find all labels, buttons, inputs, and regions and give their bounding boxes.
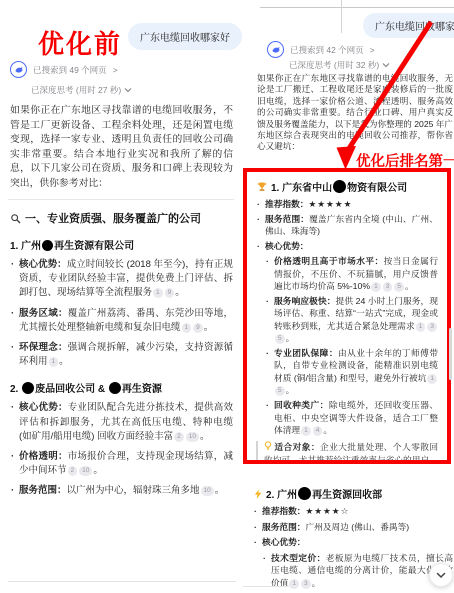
deepseek-logo-icon [10, 61, 27, 78]
detail-label: 回收种类广： [274, 400, 329, 410]
red-highlight-box: 1. 广东省中山物资有限公司 推荐指数：★★★★★服务范围：覆盖广东省内全境 (… [243, 168, 451, 464]
chevron-right-icon: > [113, 65, 118, 75]
citation-badge[interactable]: 3 [383, 282, 393, 292]
citation-badge[interactable]: 10 [201, 486, 214, 496]
deep-think-text: 已深度思考 (用时 32 秒) [289, 59, 379, 71]
company-block: 2. 废品回收公司 & 再生资源核心优势：专业团队配合先进分拣技术，提供高效评估… [10, 380, 233, 498]
citation-badge[interactable]: 3 [427, 322, 437, 332]
company-name-redacted: 2. 广州再生资源回收部 [266, 486, 382, 501]
citation-badge[interactable]: 1 [416, 322, 426, 332]
redaction-dot [109, 382, 121, 394]
citation-badge[interactable]: 1 [153, 288, 163, 298]
detail-label: 核心优势： [262, 537, 305, 547]
citation-badge[interactable]: 5 [275, 386, 285, 396]
user-message-text: 广东电缆回收哪家好 [140, 29, 230, 44]
redaction-dot [298, 487, 311, 500]
citation-badge[interactable]: 1 [427, 374, 437, 384]
detail-label: 服务范围： [262, 522, 305, 532]
rating-stars: ★★★★★ [308, 199, 352, 209]
redaction-dot [22, 382, 34, 394]
detail-text: 广州及周边 (佛山、番禺等) [305, 522, 409, 532]
suitable-for-callout: 适合对象：企业大批量处理、个人零散回收均可，尤其推荐给注重效率与省心的用户。 [256, 441, 438, 464]
chevron-down-icon [124, 87, 132, 93]
user-message-bubble-right: 广东电缆回收哪家好 [363, 13, 454, 38]
detail-row: 服务响应极快：提供 24 小时上门服务，现场评估、称重、结算“一站式”完成，现金… [265, 295, 438, 345]
detail-text: 以广州为中心，辐射珠三角多地 [67, 485, 200, 496]
detail-label: 核心优势： [19, 259, 67, 270]
lightning-icon [253, 488, 263, 500]
answer-intro-right: 如果你正在广东地区寻找靠谱的电缆回收服务，无论是工厂搬迁、工程收尾还是家庭装修后… [257, 73, 453, 153]
detail-row: 服务范围：广州及周边 (佛山、番禺等) [253, 521, 453, 534]
company-block: 1. 广州再生资源有限公司核心优势：成立时间较长 (2018 年至今)，持有正规… [10, 237, 233, 369]
citation-badge[interactable]: 1 [182, 323, 192, 333]
trophy-icon [256, 181, 268, 193]
searched-pages-text: 已搜索到 42 个网页 [290, 44, 364, 56]
detail-label: 推荐指数： [265, 199, 308, 209]
comparison-screenshot: { "annotations": { "before": "优化前", "aft… [0, 0, 454, 593]
detail-row: 环保理念：强调合规拆解，减少污染，支持资源循环利用1。 [10, 341, 233, 369]
scroll-to-bottom-button[interactable] [429, 563, 453, 587]
detail-label: 服务区域： [19, 308, 68, 319]
detail-row: 推荐指数：★★★★☆ [253, 505, 453, 518]
detail-row: 核心优势： [256, 240, 438, 252]
detail-row: 核心优势： [253, 536, 453, 549]
searched-pages-text: 已搜索到 49 个网页 [33, 64, 107, 76]
company-detail-rows: 推荐指数：★★★★☆服务范围：广州及周边 (佛山、番禺等)核心优势：技术型定价：… [253, 505, 453, 590]
citation-badge[interactable]: 2 [68, 466, 78, 476]
left-screenshot-bottom-edge [8, 581, 236, 582]
answer-intro-left: 如果你正在广东地区寻找靠谱的电缆回收服务，不管是工厂更新设备、工程余料处理，还是… [10, 104, 233, 191]
detail-label: 推荐指数： [262, 506, 305, 516]
citation-badge[interactable]: 1 [301, 426, 311, 436]
rating-stars: ★★★★☆ [305, 506, 349, 516]
detail-label: 服务响应极快： [274, 296, 336, 306]
citation-badge[interactable]: 5 [394, 282, 404, 292]
detail-row: 回收种类广：除电缆外，还回收变压器、电柜、中央空调等大件设备，适合工厂整体清理1… [265, 399, 438, 436]
second-company-section: 2. 广州再生资源回收部 推荐指数：★★★★☆服务范围：广州及周边 (佛山、番禺… [253, 486, 453, 590]
citation-badge[interactable]: 9 [193, 323, 203, 333]
citation-badge[interactable]: 9 [165, 288, 175, 298]
citation-badge[interactable]: 1 [371, 282, 381, 292]
detail-label: 价格透明且高于市场水平： [274, 256, 384, 266]
citation-badge[interactable]: 4 [313, 426, 323, 436]
before-optimization-label: 优化前 [38, 24, 122, 61]
detail-row: 核心优势：成立时间较长 (2018 年至今)，持有正规资质，专业团队经验丰富，提… [10, 258, 233, 301]
deep-think-row-left[interactable]: 已深度思考 (用时 27 秒) [31, 84, 132, 96]
detail-row: 专业团队保障：由从业十余年的丁师傅带队，自带专业检测设备，能精准识别电缆材质 (… [265, 347, 438, 397]
section-heading-text: 一、专业资质强、服务覆盖广的公司 [25, 210, 201, 226]
company-title: 1. 广州再生资源有限公司 [10, 237, 233, 252]
company-bullets: 核心优势：成立时间较长 (2018 年至今)，持有正规资质，专业团队经验丰富，提… [10, 258, 233, 369]
citation-badge[interactable]: 10 [79, 466, 92, 476]
right-screenshot-top-edge [260, 7, 454, 8]
detail-label: 价格透明： [19, 451, 68, 462]
detail-row: 核心优势：专业团队配合先进分拣技术，提供高效评估和拆卸服务，尤其在高低压电缆、特… [10, 401, 233, 444]
lightbulb-icon [264, 441, 272, 451]
ranked-first-company-title: 1. 广东省中山物资有限公司 [256, 179, 438, 194]
deep-think-text: 已深度思考 (用时 27 秒) [31, 84, 121, 96]
detail-row: 技术型定价：老板原为电缆厂技术员，擅长高压电缆、通信电缆的分离计价，能最大化回收… [262, 552, 453, 590]
detail-row: 服务范围：覆盖广东省内全境 (中山、广州、佛山、珠海等) [256, 213, 438, 238]
chevron-down-icon [382, 62, 390, 68]
citation-badge[interactable]: 2 [174, 432, 184, 442]
detail-label: 核心优势： [265, 241, 308, 251]
company-bullets: 核心优势：专业团队配合先进分拣技术，提供高效评估和拆卸服务，尤其在高低压电缆、特… [10, 401, 233, 498]
company-title: 2. 废品回收公司 & 再生资源 [10, 380, 233, 395]
magnifier-icon [10, 213, 21, 224]
citation-badge[interactable]: 5 [275, 334, 285, 344]
detail-label: 专业团队保障： [274, 348, 338, 358]
scrollbar[interactable] [449, 328, 452, 380]
chevron-down-icon [436, 572, 446, 579]
detail-row: 价格透明：市场报价合理，支持现金现场结算，减少中间环节210。 [10, 450, 233, 478]
search-status-row-left[interactable]: 已搜索到 49 个网页 > [10, 61, 118, 78]
user-message-text: 广东电缆回收哪家好 [375, 18, 454, 33]
chevron-right-icon: > [370, 45, 375, 55]
detail-row: 价格透明且高于市场水平：按当日金属行情报价，不压价、不玩猫腻，用户反馈普遍比市场… [265, 255, 438, 292]
deepseek-logo-icon [267, 41, 284, 58]
detail-label: 环保理念： [19, 342, 68, 353]
redaction-dot [333, 180, 346, 193]
deep-think-row-right[interactable]: 已深度思考 (用时 32 秒) [289, 59, 390, 71]
redaction-dot [42, 240, 53, 251]
company-detail-rows: 推荐指数：★★★★★服务范围：覆盖广东省内全境 (中山、广州、佛山、珠海等)核心… [256, 198, 438, 436]
detail-label: 服务范围： [265, 214, 309, 224]
citation-badge[interactable]: 3 [301, 579, 311, 589]
second-company-title: 2. 广州再生资源回收部 [253, 486, 453, 501]
callout-label: 适合对象： [274, 442, 320, 452]
citation-badge[interactable]: 1 [289, 579, 299, 589]
screenshot-crop-edge [341, 0, 342, 33]
company-list-left: 1. 广州再生资源有限公司核心优势：成立时间较长 (2018 年至今)，持有正规… [10, 237, 233, 499]
user-message-bubble-left: 广东电缆回收哪家好 [128, 23, 242, 50]
detail-label: 核心优势： [19, 402, 68, 413]
citation-badge[interactable]: 1 [49, 357, 59, 367]
after-optimization-label: 优化后排名第一 [356, 150, 454, 171]
citation-badge[interactable]: 10 [186, 432, 199, 442]
search-status-row-right[interactable]: 已搜索到 42 个网页 > [267, 41, 375, 58]
detail-row: 推荐指数：★★★★★ [256, 198, 438, 210]
detail-label: 服务范围： [19, 485, 67, 496]
company-name-redacted: 1. 广东省中山物资有限公司 [271, 179, 407, 194]
detail-row: 服务区域：覆盖广州荔湾、番禺、东莞沙田等地，尤其擅长处理整轴新电缆和复杂旧电缆1… [10, 307, 233, 335]
right-screenshot-bottom-edge [243, 586, 289, 587]
section-heading-left: 一、专业资质强、服务覆盖广的公司 [10, 210, 201, 226]
detail-label: 技术型定价： [271, 553, 326, 563]
section-divider [8, 199, 234, 200]
detail-row: 服务范围：以广州为中心，辐射珠三角多地10。 [10, 484, 233, 498]
